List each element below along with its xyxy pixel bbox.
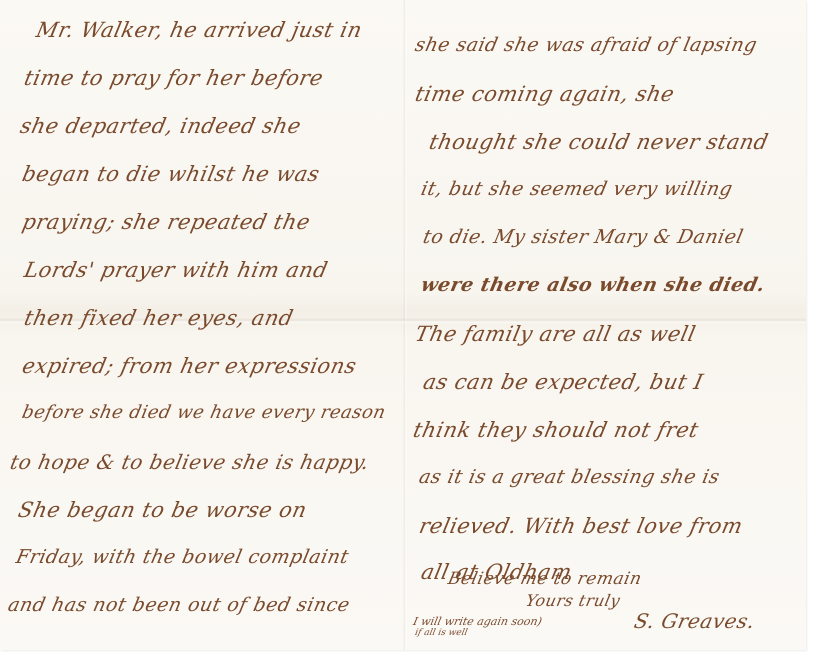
letter-line: she departed, indeed she [18, 114, 303, 138]
letter-closing: Believe me to remain [446, 569, 644, 589]
letter-line: began to die whilst he was [20, 162, 322, 186]
letter-line: Friday, with the bowel complaint [14, 546, 351, 568]
letter-line: thought she could never stand [427, 130, 771, 154]
letter-line: She began to be worse on [16, 498, 309, 522]
letter-line: time coming again, she [413, 82, 677, 106]
letter-line: to die. My sister Mary & Daniel [421, 226, 745, 248]
letter-line: as can be expected, but I [421, 370, 706, 394]
letter-line: and has not been out of bed since [6, 594, 352, 616]
letter-line: as it is a great blessing she is [417, 466, 722, 488]
letter-line: it, but she seemed very willing [419, 178, 735, 200]
letter-line: she said she was afraid of lapsing [413, 34, 759, 56]
postscript: I will write again soon) [412, 615, 543, 628]
letter-line: relieved. With best love from [417, 514, 745, 538]
letter-line: before she died we have every reason [20, 402, 388, 423]
left-page: Mr. Walker, he arrived just in time to p… [0, 0, 403, 650]
letter-line: Mr. Walker, he arrived just in [34, 18, 364, 42]
right-page: she said she was afraid of lapsing time … [407, 0, 806, 650]
letter-line: Lords' prayer with him and [22, 258, 330, 282]
letter-line: were there also when she died. [419, 274, 767, 296]
letter-line: time to pray for her before [22, 66, 326, 90]
signature: S. Greaves. [632, 609, 757, 633]
letter-line: expired; from her expressions [20, 354, 359, 378]
letter-line: The family are all as well [413, 322, 698, 346]
letter-paper: Mr. Walker, he arrived just in time to p… [0, 0, 806, 650]
letter-line: think they should not fret [411, 418, 701, 442]
letter-line: to hope & to believe she is happy. [8, 450, 372, 474]
postscript-note: if all is well [414, 628, 468, 638]
letter-line: praying; she repeated the [20, 210, 313, 234]
letter-line: then fixed her eyes, and [22, 306, 296, 330]
letter-valediction: Yours truly [524, 591, 622, 610]
